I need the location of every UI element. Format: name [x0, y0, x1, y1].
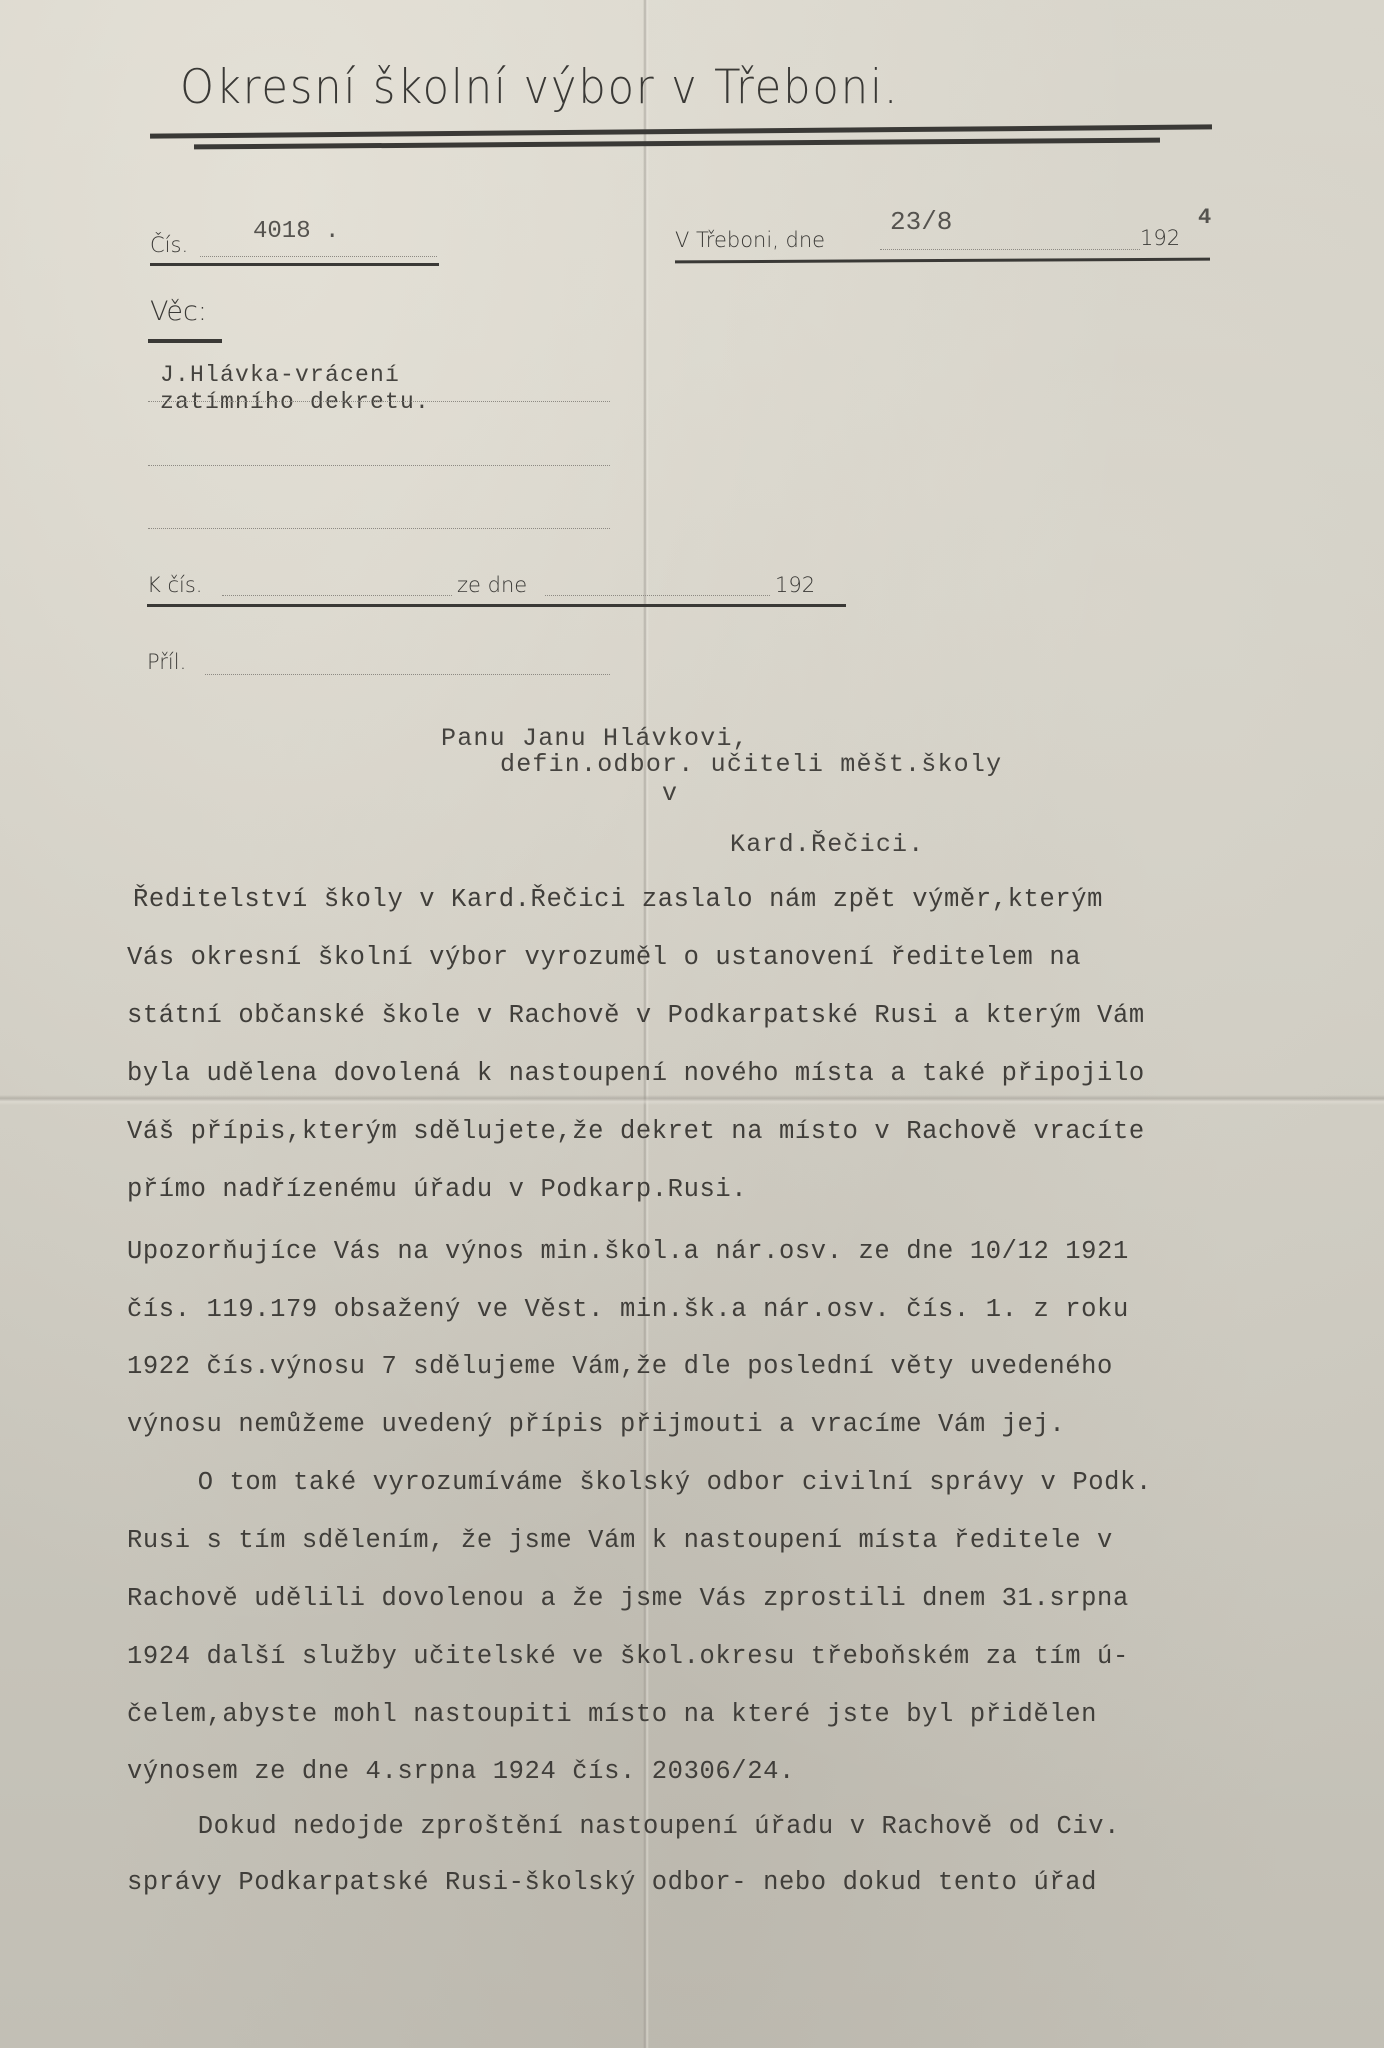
- addressee-line-2: defin.odbor. učiteli měšt.školy: [500, 750, 1002, 779]
- addressee-line-1: Panu Janu Hlávkovi,: [441, 724, 749, 753]
- body-line: výnosu nemůžeme uvedený přípis přijmouti…: [127, 1410, 1065, 1439]
- subject-dotted-line-1: [148, 401, 610, 402]
- subject-line-2: zatímního dekretu.: [160, 389, 430, 415]
- body-line: 1922 čís.výnosu 7 sdělujeme Vám,že dle p…: [127, 1352, 1113, 1381]
- body-line: správy Podkarpatské Rusi-školský odbor- …: [127, 1868, 1097, 1897]
- addressee-line-4: Kard.Řečici.: [730, 830, 924, 859]
- addressee-line-3: v: [662, 779, 678, 808]
- year-suffix: 4: [1198, 205, 1211, 230]
- date-value: 23/8: [890, 207, 952, 237]
- body-line: Vás okresní školní výbor vyrozuměl o ust…: [127, 943, 1081, 972]
- number-underline: [150, 263, 439, 266]
- place-date-label: V Třeboni, dne: [675, 228, 825, 252]
- letterhead-title: Okresní školní výbor v Třeboni.: [180, 60, 899, 115]
- body-line: Váš přípis,kterým sdělujete,že dekret na…: [127, 1117, 1145, 1146]
- attachment-dotted-line: [205, 674, 610, 675]
- subject-label-underline: [148, 339, 222, 343]
- subject-label: Věc:: [150, 296, 207, 327]
- body-line: Rachově udělili dovolenou a že jsme Vás …: [127, 1584, 1129, 1613]
- reference-underline: [147, 604, 846, 607]
- body-line: čís. 119.179 obsažený ve Věst. min.šk.a …: [127, 1295, 1129, 1324]
- letterhead-rule-top: [150, 124, 1212, 138]
- subject-dotted-line-3: [148, 528, 610, 529]
- date-dotted-line: [880, 249, 1140, 250]
- body-line: Rusi s tím sdělením, že jsme Vám k nasto…: [127, 1526, 1113, 1555]
- body-line: O tom také vyrozumíváme školský odbor ci…: [150, 1468, 1152, 1497]
- body-line: výnosem ze dne 4.srpna 1924 čís. 20306/2…: [127, 1757, 795, 1786]
- body-line: státní občanské škole v Rachově v Podkar…: [127, 1001, 1145, 1030]
- reference-year-prefix: 192: [775, 573, 815, 597]
- body-line: přímo nadřízenému úřadu v Podkarp.Rusi.: [127, 1175, 747, 1204]
- subject-dotted-line-2: [148, 465, 610, 466]
- body-line: Dokud nedojde zproštění nastoupení úřadu…: [150, 1812, 1120, 1841]
- body-line: čelem,abyste mohl nastoupiti místo na kt…: [127, 1700, 1097, 1729]
- letterhead-rule-bottom: [194, 138, 1160, 150]
- place-date-underline: [675, 258, 1210, 264]
- paper-fold-horizontal: [0, 1095, 1384, 1105]
- body-line: 1924 další služby učitelské ve škol.okre…: [127, 1642, 1129, 1671]
- number-label: Čís.: [150, 233, 188, 257]
- attachment-label: Příl.: [147, 650, 186, 674]
- reference-date-label: ze dne: [457, 573, 527, 597]
- number-dotted-line: [200, 256, 437, 257]
- reference-dotted-2: [545, 595, 770, 596]
- reference-dotted-1: [222, 595, 452, 596]
- body-line: Ředitelství školy v Kard.Řečici zaslalo …: [133, 885, 1103, 914]
- body-line: byla udělena dovolená k nastoupení novéh…: [127, 1059, 1145, 1088]
- reference-label: K čís.: [147, 573, 202, 597]
- body-line: Upozorňujíce Vás na výnos min.škol.a nár…: [127, 1237, 1129, 1266]
- number-value: 4018 .: [253, 218, 339, 245]
- subject-line-1: J.Hlávka-vrácení: [160, 362, 400, 388]
- year-prefix: 192: [1140, 226, 1180, 250]
